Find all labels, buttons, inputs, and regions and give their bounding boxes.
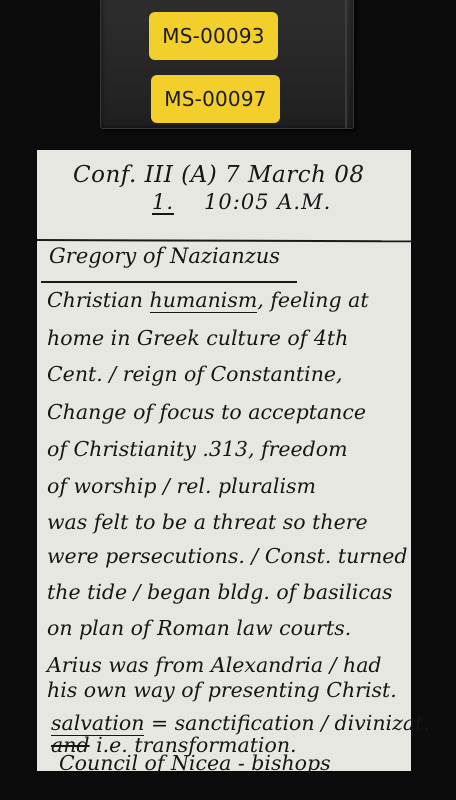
line-text: , feeling at [257,288,368,312]
note-line: of worship / rel. pluralism [47,476,316,497]
header-time-line: 1.10:05 A.M. [152,192,331,215]
note-line: home in Greek culture of 4th [47,328,348,349]
header-time: 10:05 A.M. [204,190,331,214]
note-line: Council of Nicea - bishops [59,753,331,774]
handwritten-note-card: Conf. III (A) 7 March 08 1.10:05 A.M. Gr… [37,150,411,771]
line-text: Christian [47,288,150,312]
note-line: on plan of Roman law courts. [47,618,351,639]
line-text: = sanctification / divinizat. [144,711,429,735]
underlined-term: humanism [150,288,258,313]
ms-label-bottom: MS-00097 [151,75,280,123]
note-line: was felt to be a threat so there [47,512,368,533]
header-conference: Conf. III (A) 7 March 08 [73,164,364,187]
label-holder: MS-00093 MS-00097 [100,0,354,129]
note-line: Change of focus to acceptance [47,402,366,423]
note-line: salvation = sanctification / divinizat. [51,713,430,734]
ms-label-top: MS-00093 [149,12,278,60]
note-line: Christian humanism, feeling at [47,290,369,311]
note-line: his own way of presenting Christ. [47,680,397,701]
note-title: Gregory of Nazianzus [49,246,280,267]
note-line: the tide / began bldg. of basilicas [47,582,393,603]
note-line: were persecutions. / Const. turned [47,546,408,567]
item-number: 1. [152,193,174,215]
note-line: of Christianity .313, freedom [47,439,348,460]
note-line: Cent. / reign of Constantine, [47,364,343,385]
title-underline [41,281,297,283]
note-line: Arius was from Alexandria / had [47,655,382,676]
header-divider [37,239,411,242]
